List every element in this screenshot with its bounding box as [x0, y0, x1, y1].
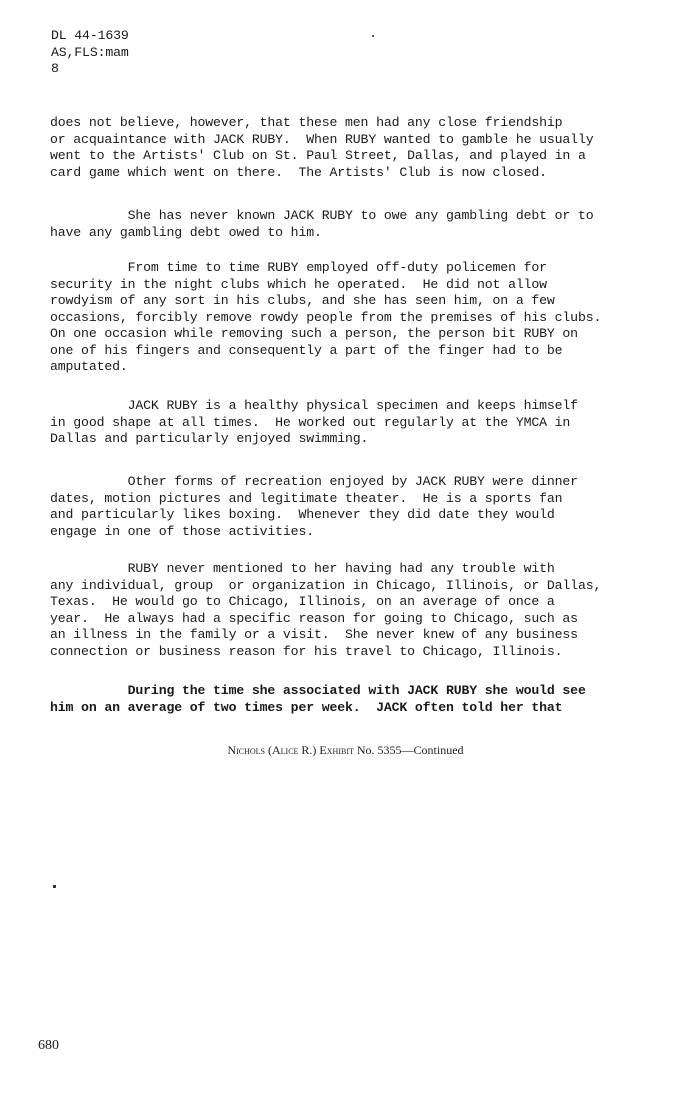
exhibit-caption: Nichols (Alice R.) Exhibit No. 5355—Cont… — [0, 743, 691, 758]
text-line: connection or business reason for his tr… — [50, 644, 675, 661]
paragraph-3: From time to time RUBY employed off-duty… — [50, 260, 675, 376]
text-line: him on an average of two times per week.… — [50, 700, 675, 717]
text-line: JACK RUBY is a healthy physical specimen… — [50, 398, 675, 415]
text-line: From time to time RUBY employed off-duty… — [50, 260, 675, 277]
paragraph-7: During the time she associated with JACK… — [50, 683, 675, 716]
exhibit-name: Nichols (Alice R.) Exhibit — [227, 743, 353, 757]
text-line: have any gambling debt owed to him. — [50, 225, 675, 242]
paragraph-2: She has never known JACK RUBY to owe any… — [50, 208, 675, 241]
paragraph-5: Other forms of recreation enjoyed by JAC… — [50, 474, 675, 540]
text-line: does not believe, however, that these me… — [50, 115, 675, 132]
text-line: During the time she associated with JACK… — [50, 683, 675, 700]
text-line: engage in one of those activities. — [50, 524, 675, 541]
text-line: year. He always had a specific reason fo… — [50, 611, 675, 628]
initials: AS,FLS:mam — [51, 45, 129, 62]
text-line: dates, motion pictures and legitimate th… — [50, 491, 675, 508]
page-number: 680 — [38, 1038, 59, 1054]
paragraph-6: RUBY never mentioned to her having had a… — [50, 561, 675, 660]
text-line: Dallas and particularly enjoyed swimming… — [50, 431, 675, 448]
text-line: went to the Artists' Club on St. Paul St… — [50, 148, 675, 165]
paragraph-4: JACK RUBY is a healthy physical specimen… — [50, 398, 675, 448]
text-line: On one occasion while removing such a pe… — [50, 326, 675, 343]
text-line: in good shape at all times. He worked ou… — [50, 415, 675, 432]
document-header: DL 44-1639 AS,FLS:mam 8 — [51, 28, 129, 78]
text-line: Texas. He would go to Chicago, Illinois,… — [50, 594, 675, 611]
text-line: amputated. — [50, 359, 675, 376]
header-page-number: 8 — [51, 61, 129, 78]
text-line: or acquaintance with JACK RUBY. When RUB… — [50, 132, 675, 149]
file-number: DL 44-1639 — [51, 28, 129, 45]
text-line: one of his fingers and consequently a pa… — [50, 343, 675, 360]
text-line: security in the night clubs which he ope… — [50, 277, 675, 294]
text-line: Other forms of recreation enjoyed by JAC… — [50, 474, 675, 491]
text-line: an illness in the family or a visit. She… — [50, 627, 675, 644]
exhibit-number: No. 5355—Continued — [357, 743, 464, 757]
text-line: and particularly likes boxing. Whenever … — [50, 507, 675, 524]
scan-speck — [372, 35, 374, 37]
paragraph-1: does not believe, however, that these me… — [50, 115, 675, 181]
scan-speck — [53, 885, 56, 888]
text-line: She has never known JACK RUBY to owe any… — [50, 208, 675, 225]
text-line: card game which went on there. The Artis… — [50, 165, 675, 182]
text-line: occasions, forcibly remove rowdy people … — [50, 310, 675, 327]
text-line: RUBY never mentioned to her having had a… — [50, 561, 675, 578]
text-line: any individual, group or organization in… — [50, 578, 675, 595]
text-line: rowdyism of any sort in his clubs, and s… — [50, 293, 675, 310]
